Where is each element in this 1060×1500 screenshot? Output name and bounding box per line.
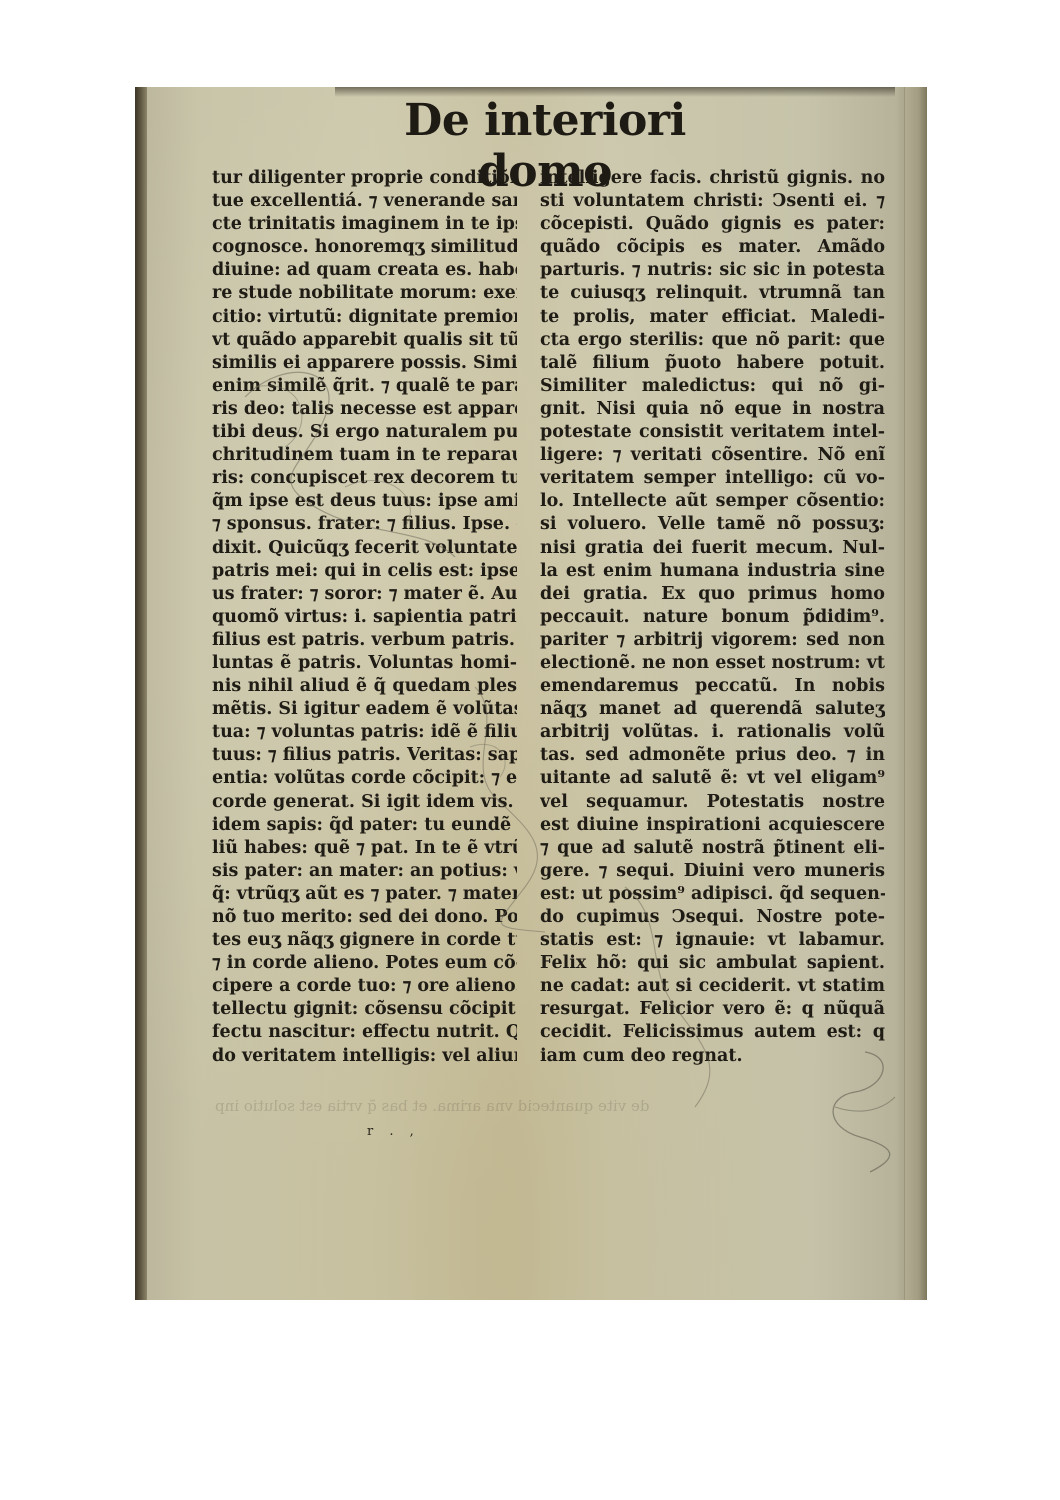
text-line: fectu nascitur: effectu nutrit. Quã xyxy=(212,1021,517,1044)
text-line: tibi deus. Si ergo naturalem pul- xyxy=(212,421,517,444)
scanned-page: De interiori domo tur diligenter proprie… xyxy=(135,87,927,1300)
text-line: uitante ad salutẽ ẽ: vt vel eligam⁹ xyxy=(540,767,885,790)
text-line: cte trinitatis imaginem in te ipsa xyxy=(212,213,517,236)
text-line: do veritatem intelligis: vel alium xyxy=(212,1045,517,1068)
text-line: Similiter maledictus: qui nõ gi- xyxy=(540,375,885,398)
text-line: chritudinem tuam in te reparaue xyxy=(212,444,517,467)
text-line: Felix hõ: qui sic ambulat sapient. xyxy=(540,952,885,975)
text-line: nãqʒ manet ad querendã saluteʒ xyxy=(540,698,885,721)
text-line: cognosce. honoremqʒ similitudinis xyxy=(212,236,517,259)
text-line: similis ei apparere possis. Similis xyxy=(212,352,517,375)
text-line: potestate consistit veritatem intel- xyxy=(540,421,885,444)
text-line: tur diligenter proprie conditiõis xyxy=(212,167,517,190)
text-line: quãdo cõcipis es mater. Amãdo xyxy=(540,236,885,259)
text-line: liũ habes: quẽ ⁊ pat. In te ẽ vtrũ xyxy=(212,837,517,860)
text-line: ⁊ que ad salutẽ nostrã p̃tinent eli- xyxy=(540,837,885,860)
text-line: ⁊ in corde alieno. Potes eum cõ- xyxy=(212,952,517,975)
text-line: tuus: ⁊ filius patris. Veritas: sapi- xyxy=(212,744,517,767)
page-fore-edge xyxy=(904,87,927,1300)
text-line: arbitrij volũtas. i. rationalis volũ xyxy=(540,721,885,744)
left-text-column: tur diligenter proprie conditiõistue ex… xyxy=(212,167,517,1068)
text-line: enim similẽ q̃rit. ⁊ qualẽ te paraue xyxy=(212,375,517,398)
text-line: ris deo: talis necesse est appareat xyxy=(212,398,517,421)
text-line: resurgat. Felicior vero ẽ: q nũquã xyxy=(540,998,885,1021)
text-line: tas. sed admonẽte prius deo. ⁊ in xyxy=(540,744,885,767)
text-line: si voluero. Velle tamẽ nõ possuʒ: xyxy=(540,513,885,536)
binding-edge xyxy=(135,87,147,1300)
text-line: sis pater: an mater: an potius: vtrũ xyxy=(212,860,517,883)
text-line: sti voluntatem christi: Ↄsenti ei. ⁊ xyxy=(540,190,885,213)
text-line: gere. ⁊ sequi. Diuini vero muneris xyxy=(540,860,885,883)
text-line: nis nihil aliud ẽ q̃ quedam ples xyxy=(212,675,517,698)
text-line: corde generat. Si igit idem vis. ⁊ xyxy=(212,791,517,814)
text-line: peccauit. nature bonum p̃didim⁹. xyxy=(540,606,885,629)
text-line: cecidit. Felicissimus autem est: q xyxy=(540,1021,885,1044)
text-line: diuine: ad quam creata es. habe- xyxy=(212,259,517,282)
text-line: ⁊ sponsus. frater: ⁊ filius. Ipse. enĩ xyxy=(212,513,517,536)
text-line: q̃: vtrũqʒ aũt es ⁊ pater. ⁊ mater: xyxy=(212,883,517,906)
text-line: electionẽ. ne non esset nostrum: vt xyxy=(540,652,885,675)
text-line: pariter ⁊ arbitrij vigorem: sed non xyxy=(540,629,885,652)
text-line: lo. Intellecte aũt semper cõsentio: xyxy=(540,490,885,513)
text-line: cõcepisti. Quãdo gignis es pater: xyxy=(540,213,885,236)
text-line: idem sapis: q̃d pater: tu eundẽ fi- xyxy=(212,814,517,837)
text-line: statis est: ⁊ ignauie: vt labamur. xyxy=(540,929,885,952)
text-line: entia: volũtas corde cõcipit: ⁊ ex xyxy=(212,767,517,790)
text-line: tes euʒ nãqʒ gignere in corde tuo xyxy=(212,929,517,952)
text-line: gnit. Nisi quia nõ eque in nostra xyxy=(540,398,885,421)
text-line: dixit. Quicũqʒ fecerit voluntateʒ xyxy=(212,537,517,560)
text-line: est: ut possim⁹ adipisci. q̃d sequen- xyxy=(540,883,885,906)
text-line: do cupimus Ↄsequi. Nostre pote- xyxy=(540,906,885,929)
text-line: citio: virtutũ: dignitate premiorũ: xyxy=(212,306,517,329)
text-line: nisi gratia dei fuerit mecum. Nul- xyxy=(540,537,885,560)
text-line: filius est patris. verbum patris. vo xyxy=(212,629,517,652)
text-line: mẽtis. Si igitur eadem ẽ volũtas xyxy=(212,698,517,721)
text-line: parturis. ⁊ nutris: sic sic in potesta xyxy=(540,259,885,282)
text-line: cipere a corde tuo: ⁊ ore alieno. in xyxy=(212,975,517,998)
right-text-column: intelligere facis. christũ gignis. nost… xyxy=(540,167,885,1068)
text-line: luntas ẽ patris. Voluntas homi- xyxy=(212,652,517,675)
text-line: est diuine inspirationi acquiescere xyxy=(540,814,885,837)
text-line: tua: ⁊ voluntas patris: idẽ ẽ filius xyxy=(212,721,517,744)
text-line: veritatem semper intelligo: cũ vo- xyxy=(540,467,885,490)
text-line: nõ tuo merito: sed dei dono. Po- xyxy=(212,906,517,929)
text-line: te prolis, mater efficiat. Maledi- xyxy=(540,306,885,329)
text-line: tellectu gignit: cõsensu cõcipit: af- xyxy=(212,998,517,1021)
text-line: patris mei: qui in celis est: ipse me xyxy=(212,560,517,583)
text-line: vel sequamur. Potestatis nostre xyxy=(540,791,885,814)
text-line: intelligere facis. christũ gignis. no xyxy=(540,167,885,190)
marginal-mark: r . , xyxy=(367,1124,420,1139)
text-line: emendaremus peccatũ. In nobis xyxy=(540,675,885,698)
text-line: ligere: ⁊ veritati cõsentire. Nõ enĩ xyxy=(540,444,885,467)
text-line: la est enim humana industria sine xyxy=(540,560,885,583)
text-line: us frater: ⁊ soror: ⁊ mater ẽ. Audi xyxy=(212,583,517,606)
text-line: ris: concupiscet rex decorem tuuʒ: xyxy=(212,467,517,490)
text-line: vt quãdo apparebit qualis sit tũc xyxy=(212,329,517,352)
bleed-through-text: de vite quantecid vna arima. et bas q̃ v… xyxy=(215,1097,649,1115)
text-line: tue excellentiá. ⁊ venerande san- xyxy=(212,190,517,213)
text-line: talẽ filium p̃uoto habere potuit. xyxy=(540,352,885,375)
text-line: iam cum deo regnat. xyxy=(540,1045,885,1068)
text-line: q̃m ipse est deus tuus: ipse amic⁹: xyxy=(212,490,517,513)
text-line: cta ergo sterilis: que nõ parit: que xyxy=(540,329,885,352)
text-line: ne cadat: aut si ceciderit. vt statim xyxy=(540,975,885,998)
text-line: dei gratia. Ex quo primus homo xyxy=(540,583,885,606)
text-line: te cuiusqʒ relinquit. vtrumnã tan xyxy=(540,282,885,305)
text-line: quomõ virtus: i. sapientia patris: xyxy=(212,606,517,629)
text-line: re stude nobilitate morum: exer- xyxy=(212,282,517,305)
